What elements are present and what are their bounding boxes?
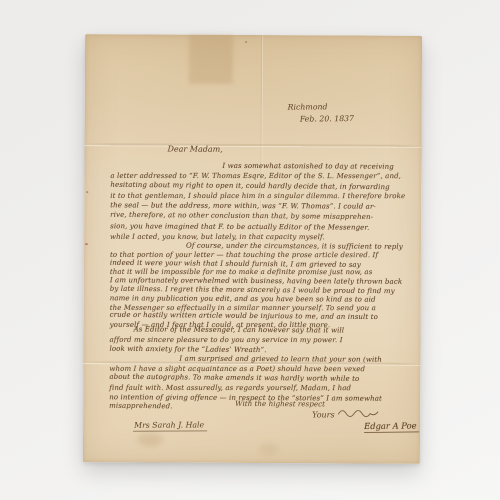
signature: Edgar A Poe [364,420,419,433]
letter-line: it to that gentleman, I should place him… [110,192,406,202]
valediction: Yours [312,408,379,419]
fold-crease-upper [85,143,422,147]
salutation: Dear Madam, [167,145,222,154]
letter-line: I am surprised and grieved to learn that… [109,354,405,365]
paper-smudge [259,443,279,455]
paragraph-3: As Editor of the Messenger, I can howeve… [109,325,405,356]
ink-speck [245,41,247,43]
letter-sheet: Richmond Feb. 20. 1837 Dear Madam, I was… [83,34,422,464]
dateline: Richmond Feb. 20. 1837 [288,102,355,124]
letter-line: that it will be impossible for me to mak… [110,268,406,277]
pen-flourish-icon [337,408,379,418]
signature-name: Edgar A Poe [364,420,419,433]
date-written: Feb. 20. 1837 [288,114,354,124]
paragraph-2: Of course, under the circumstances, it i… [110,241,406,331]
letter-line: find fault with. Most assuredly, as rega… [109,384,405,394]
letter-photo: Richmond Feb. 20. 1837 Dear Madam, I was… [0,0,500,500]
paragraph-1: I was somewhat astonished to day at rece… [110,161,406,243]
ink-speck [85,243,88,245]
addressee-name: Mrs Sarah J. Hale [133,420,207,431]
ink-speck [86,191,88,193]
letter-line: sion, you have imagined that F. to be ac… [110,222,406,234]
place-written: Richmond [288,102,354,112]
closing-line: With the highest respect [235,399,325,408]
valediction-word: Yours [312,410,335,419]
addressee-docket: Mrs Sarah J. Hale [133,420,207,431]
paper-smudge [137,432,163,446]
paper-stain [189,35,233,84]
